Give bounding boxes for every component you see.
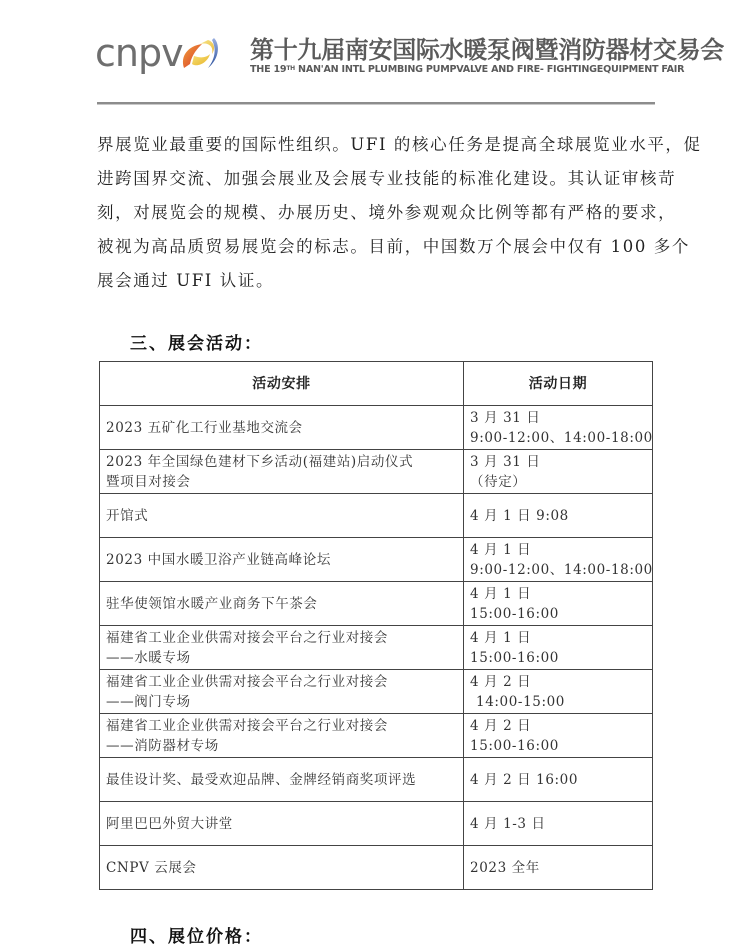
table-row: 福建省工业企业供需对接会平台之行业对接会——阀门专场 4 月 2 日 14:00… xyxy=(100,670,653,714)
date-text: 4 月 1 日 xyxy=(470,628,646,648)
activity-text: 2023 中国水暖卫浴产业链高峰论坛 xyxy=(106,550,457,570)
table-row: 阿里巴巴外贸大讲堂 4 月 1-3 日 xyxy=(100,802,653,846)
table-row: 驻华使领馆水暖产业商务下午茶会 4 月 1 日15:00-16:00 xyxy=(100,582,653,626)
document-header: cnpv 第十九届南安国际水暖泵阀暨消防器材交易会 THE 19TH NAN'A… xyxy=(0,0,750,110)
paragraph-line: 刻，对展览会的规模、办展历史、境外参观观众比例等都有严格的要求， xyxy=(97,196,657,230)
cnpv-logo-text: cnpv xyxy=(95,33,183,73)
date-cell: 4 月 1 日9:00-12:00、14:00-18:00 xyxy=(464,538,653,582)
table-header-row: 活动安排 活动日期 xyxy=(100,362,653,406)
activity-text: 最佳设计奖、最受欢迎品牌、金牌经销商奖项评选 xyxy=(106,770,457,790)
intro-paragraph: 界展览业最重要的国际性组织。UFI 的核心任务是提高全球展览业水平，促 进跨国界… xyxy=(97,128,657,298)
activity-cell: 2023 中国水暖卫浴产业链高峰论坛 xyxy=(100,538,464,582)
activity-text: ——阀门专场 xyxy=(106,692,457,712)
date-cell: 4 月 1 日 9:08 xyxy=(464,494,653,538)
activity-cell: 2023 五矿化工行业基地交流会 xyxy=(100,406,464,450)
date-text: 4 月 2 日 16:00 xyxy=(470,770,646,790)
table-row: 最佳设计奖、最受欢迎品牌、金牌经销商奖项评选 4 月 2 日 16:00 xyxy=(100,758,653,802)
paragraph-line: 界展览业最重要的国际性组织。UFI 的核心任务是提高全球展览业水平，促 xyxy=(97,128,657,162)
paragraph-line: 展会通过 UFI 认证。 xyxy=(97,264,657,298)
activity-cell: 福建省工业企业供需对接会平台之行业对接会——阀门专场 xyxy=(100,670,464,714)
activity-cell: 阿里巴巴外贸大讲堂 xyxy=(100,802,464,846)
time-text: 9:00-12:00、14:00-18:00 xyxy=(470,428,646,448)
table-row: 2023 年全国绿色建材下乡活动(福建站)启动仪式暨项目对接会 3 月 31 日… xyxy=(100,450,653,494)
table-row: 福建省工业企业供需对接会平台之行业对接会——消防器材专场 4 月 2 日15:0… xyxy=(100,714,653,758)
activity-cell: CNPV 云展会 xyxy=(100,846,464,890)
paragraph-line: 进跨国界交流、加强会展业及会展专业技能的标准化建设。其认证审核苛 xyxy=(97,162,657,196)
date-text: 4 月 1 日 xyxy=(470,540,646,560)
activity-cell: 福建省工业企业供需对接会平台之行业对接会——水暖专场 xyxy=(100,626,464,670)
fair-title: 第十九届南安国际水暖泵阀暨消防器材交易会 xyxy=(250,36,724,64)
activity-text: 驻华使领馆水暖产业商务下午茶会 xyxy=(106,594,457,614)
header-divider xyxy=(97,102,655,105)
date-cell: 4 月 1-3 日 xyxy=(464,802,653,846)
table-row: 开馆式 4 月 1 日 9:08 xyxy=(100,494,653,538)
time-text: （待定） xyxy=(470,472,646,492)
date-text: 4 月 1-3 日 xyxy=(470,814,646,834)
activity-text: 福建省工业企业供需对接会平台之行业对接会 xyxy=(106,672,457,692)
activity-text: 2023 年全国绿色建材下乡活动(福建站)启动仪式 xyxy=(106,452,457,472)
time-text: 15:00-16:00 xyxy=(470,604,646,624)
subtitle-sup: TH xyxy=(286,65,295,72)
date-text: 3 月 31 日 xyxy=(470,452,646,472)
date-cell: 4 月 2 日 16:00 xyxy=(464,758,653,802)
column-header-date: 活动日期 xyxy=(464,362,653,406)
activity-text: 暨项目对接会 xyxy=(106,472,457,492)
table-row: CNPV 云展会 2023 全年 xyxy=(100,846,653,890)
date-text: 4 月 1 日 xyxy=(470,584,646,604)
date-cell: 2023 全年 xyxy=(464,846,653,890)
date-text: 2023 全年 xyxy=(470,858,646,878)
date-text: 3 月 31 日 xyxy=(470,408,646,428)
time-text: 14:00-15:00 xyxy=(470,692,646,712)
activity-text: CNPV 云展会 xyxy=(106,858,457,878)
activity-cell: 最佳设计奖、最受欢迎品牌、金牌经销商奖项评选 xyxy=(100,758,464,802)
activity-text: ——水暖专场 xyxy=(106,648,457,668)
section-heading-booth-prices: 四、展位价格： xyxy=(130,922,263,947)
activity-cell: 福建省工业企业供需对接会平台之行业对接会——消防器材专场 xyxy=(100,714,464,758)
activities-table: 活动安排 活动日期 2023 五矿化工行业基地交流会 3 月 31 日9:00-… xyxy=(99,361,653,890)
date-text: 4 月 2 日 xyxy=(470,716,646,736)
activity-cell: 2023 年全国绿色建材下乡活动(福建站)启动仪式暨项目对接会 xyxy=(100,450,464,494)
time-text: 9:00-12:00、14:00-18:00 xyxy=(470,560,646,580)
date-cell: 4 月 1 日15:00-16:00 xyxy=(464,626,653,670)
time-text: 15:00-16:00 xyxy=(470,736,646,756)
activity-text: 2023 五矿化工行业基地交流会 xyxy=(106,418,457,438)
activity-cell: 驻华使领馆水暖产业商务下午茶会 xyxy=(100,582,464,626)
activity-text: 福建省工业企业供需对接会平台之行业对接会 xyxy=(106,716,457,736)
date-text: 4 月 1 日 9:08 xyxy=(470,506,646,526)
activity-text: 阿里巴巴外贸大讲堂 xyxy=(106,814,457,834)
fair-subtitle: THE 19TH NAN'AN INTL PLUMBING PUMPVALVE … xyxy=(250,64,684,76)
paragraph-line: 被视为高品质贸易展览会的标志。目前，中国数万个展会中仅有 100 多个 xyxy=(97,230,657,264)
activity-text: 开馆式 xyxy=(106,506,457,526)
table-row: 2023 五矿化工行业基地交流会 3 月 31 日9:00-12:00、14:0… xyxy=(100,406,653,450)
time-text: 15:00-16:00 xyxy=(470,648,646,668)
date-cell: 3 月 31 日9:00-12:00、14:00-18:00 xyxy=(464,406,653,450)
date-cell: 4 月 2 日15:00-16:00 xyxy=(464,714,653,758)
date-cell: 4 月 2 日 14:00-15:00 xyxy=(464,670,653,714)
table-row: 2023 中国水暖卫浴产业链高峰论坛 4 月 1 日9:00-12:00、14:… xyxy=(100,538,653,582)
activity-text: ——消防器材专场 xyxy=(106,736,457,756)
section-heading-activities: 三、展会活动： xyxy=(130,329,263,354)
cnpv-logo-swoosh-icon xyxy=(178,34,224,74)
column-header-activity: 活动安排 xyxy=(100,362,464,406)
table-row: 福建省工业企业供需对接会平台之行业对接会——水暖专场 4 月 1 日15:00-… xyxy=(100,626,653,670)
activity-text: 福建省工业企业供需对接会平台之行业对接会 xyxy=(106,628,457,648)
subtitle-rest: NAN'AN INTL PLUMBING PUMPVALVE AND FIRE-… xyxy=(295,64,684,75)
date-text: 4 月 2 日 xyxy=(470,672,646,692)
subtitle-prefix: THE 19 xyxy=(250,64,286,75)
date-cell: 3 月 31 日（待定） xyxy=(464,450,653,494)
activity-cell: 开馆式 xyxy=(100,494,464,538)
date-cell: 4 月 1 日15:00-16:00 xyxy=(464,582,653,626)
